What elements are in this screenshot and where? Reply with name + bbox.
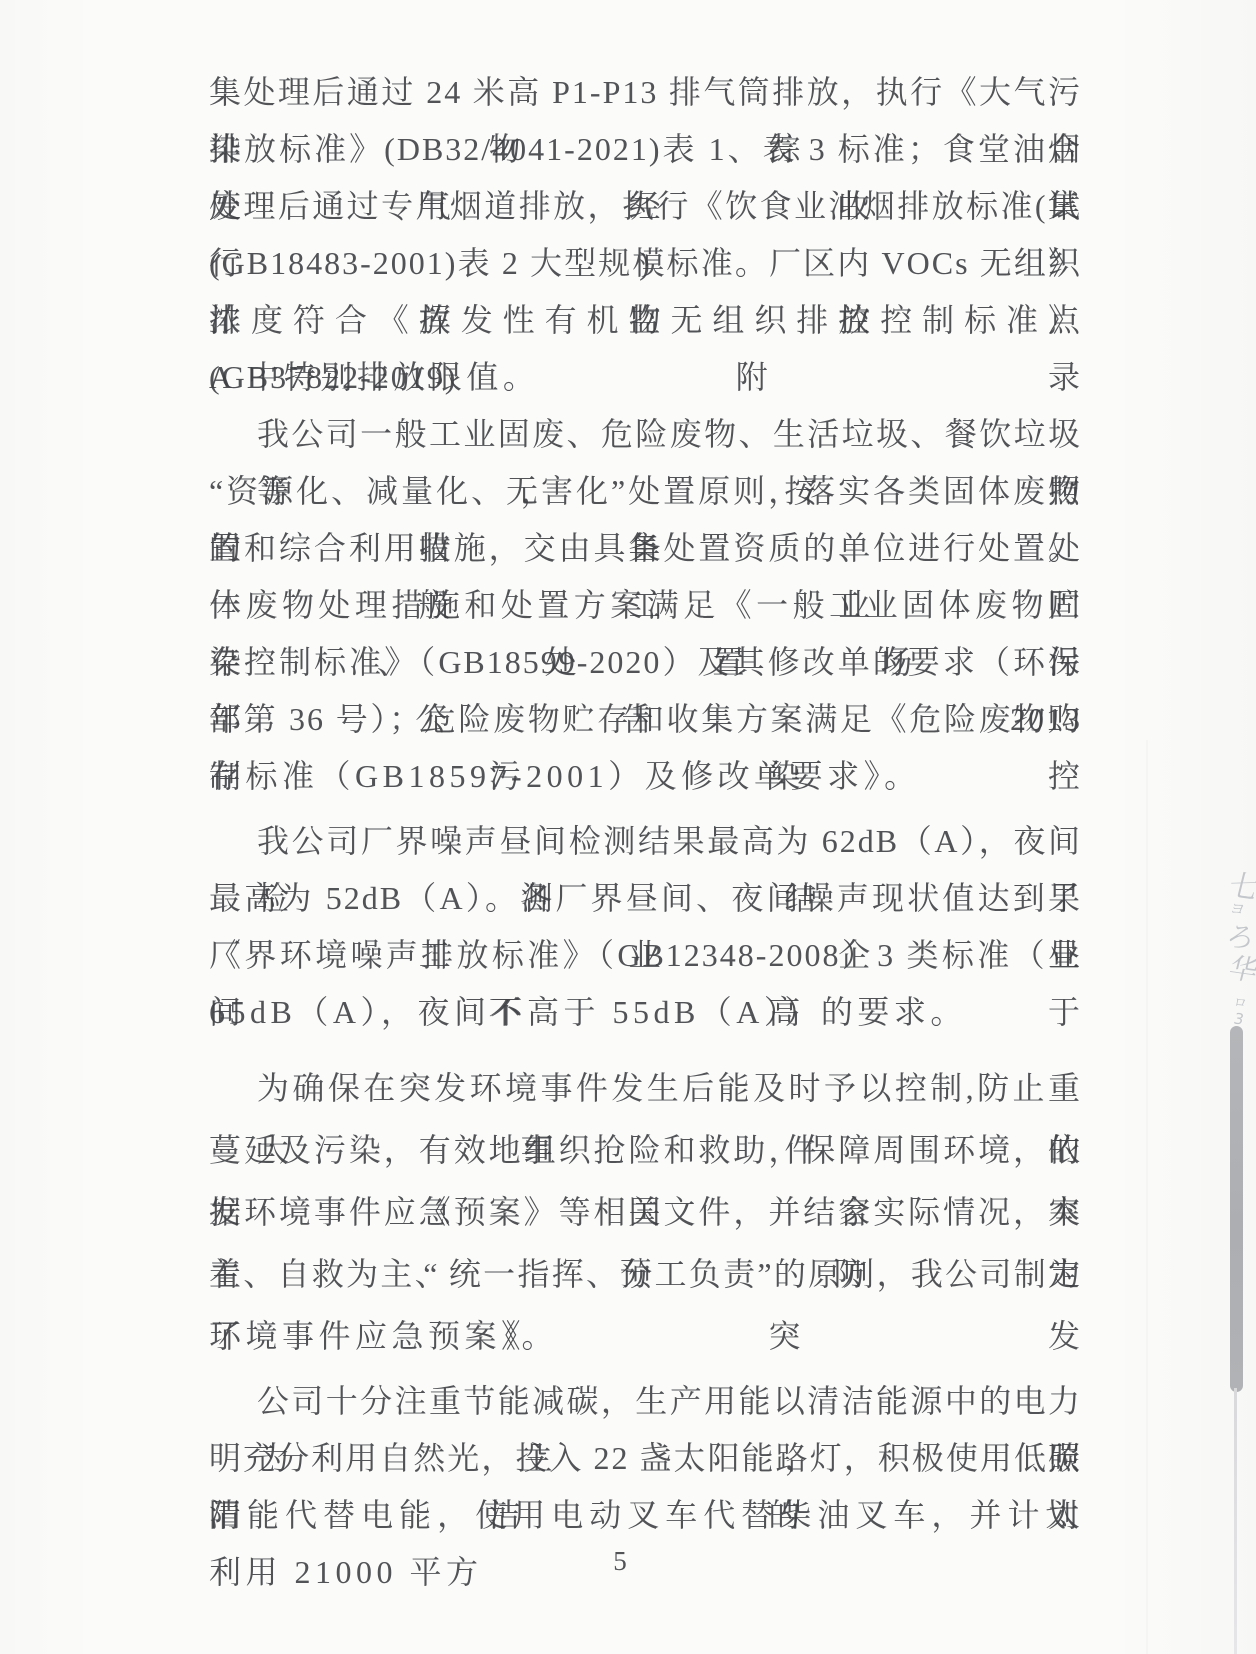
text-line: 年第 36 号）；危险废物贮存和收集方案满足《危险废物购存污染控 (209, 691, 1082, 748)
paragraph: 公司十分注重节能减碳，生产用能以清洁能源中的电力为主，照明充分利用自然光，投入 … (209, 1373, 1082, 1544)
text-line: 发环境事件应急预案》等相关文件，并结合实际情况，本着“预防为 (209, 1181, 1082, 1243)
text-line: 处理后通过专用烟道排放，执行《饮食业油烟排放标准(试行)》 (209, 178, 1082, 235)
handwritten-mark: ロ (1232, 991, 1250, 1011)
handwritten-margin-notes: 七ヨろ华ロ3 (1222, 850, 1256, 1050)
handwritten-mark: ヨ (1228, 897, 1248, 920)
text-line: 公司十分注重节能减碳，生产用能以清洁能源中的电力为主，照 (209, 1373, 1082, 1430)
text-line: 浓度符合《挥发性有机物无组织排放控制标准》(GB37822-2019)附录 (209, 292, 1082, 349)
paragraph: 我公司厂界噪声昼间检测结果最高为 62dB（A），夜间检测结果最高为 52dB（… (209, 813, 1082, 1041)
text-line: 集处理后通过 24 米高 P1-P13 排气筒排放，执行《大气污染物综合 (209, 64, 1082, 121)
text-line: 明充分利用自然光，投入 22 盏太阳能路灯，积极使用低碳清洁的太 (209, 1430, 1082, 1487)
paragraph: 我公司一般工业固废、危险废物、生活垃圾、餐饮垃圾等，按照“资源化、减量化、无害化… (209, 406, 1082, 805)
handwritten-mark: ろ (1222, 915, 1256, 958)
text-line: 置和综合利用措施，交由具备处置资质的单位进行处置。一般工业固 (209, 520, 1082, 577)
scan-artifact-line (1234, 1388, 1237, 1654)
text-line: 我公司厂界噪声昼间检测结果最高为 62dB（A），夜间检测结果 (209, 813, 1082, 870)
text-line: (GB18483-2001)表 2 大型规模标准。厂区内 VOCs 无组织排放监… (209, 235, 1082, 292)
text-line: 染控制标准》（GB18599-2020）及其修改单的要求（环保部公告 2013 (209, 634, 1082, 691)
text-line: 蔓延及污染，有效地组织抢险和救助，保障周围环境，依据《国家突 (209, 1119, 1082, 1181)
paragraph: 集处理后通过 24 米高 P1-P13 排气筒排放，执行《大气污染物综合排放标准… (209, 64, 1082, 406)
text-line: 我公司一般工业固废、危险废物、生活垃圾、餐饮垃圾等，按照 (209, 406, 1082, 463)
text-line: 体废物处理措施和处置方案满足《一般工业固体废物贮存、处置场污 (209, 577, 1082, 634)
text-line: “资源化、减量化、无害化”处置原则，落实各类固体废物的收集、处 (209, 463, 1082, 520)
text-line: 65dB（A），夜间不高于 55dB（A））的要求。 (209, 984, 1082, 1041)
handwritten-mark: 华 (1225, 947, 1256, 990)
text-line: 厂界环境噪声排放标准》（GB12348-2008）3 类标准（昼间不高于 (209, 927, 1082, 984)
scan-artifact-bar (1230, 1026, 1243, 1392)
text-line: 主、自救为主、统一指挥、分工负责”的原则，我公司制定了《突发 (209, 1243, 1082, 1305)
text-line: 阳能代替电能，使用电动叉车代替柴油叉车，并计划利用 21000 平方 (209, 1487, 1082, 1544)
page-number: 5 (0, 1546, 1240, 1577)
text-line: 排放标准》(DB32/4041-2021)表 1、表 3 标准；食堂油烟废气经收… (209, 121, 1082, 178)
body-text: 集处理后通过 24 米高 P1-P13 排气筒排放，执行《大气污染物综合排放标准… (209, 64, 1082, 1544)
scanned-document-page: 集处理后通过 24 米高 P1-P13 排气筒排放，执行《大气污染物综合排放标准… (0, 0, 1256, 1654)
text-line: 为确保在突发环境事件发生后能及时予以控制,防止重大事件的 (209, 1057, 1082, 1119)
handwritten-mark: 七 (1225, 860, 1256, 907)
scan-edge-streak (1146, 740, 1148, 1654)
text-line: 最高为 52dB（A）。各厂界昼间、夜间噪声现状值达到了《工业企业 (209, 870, 1082, 927)
paragraph: 为确保在突发环境事件发生后能及时予以控制,防止重大事件的蔓延及污染，有效地组织抢… (209, 1057, 1082, 1367)
